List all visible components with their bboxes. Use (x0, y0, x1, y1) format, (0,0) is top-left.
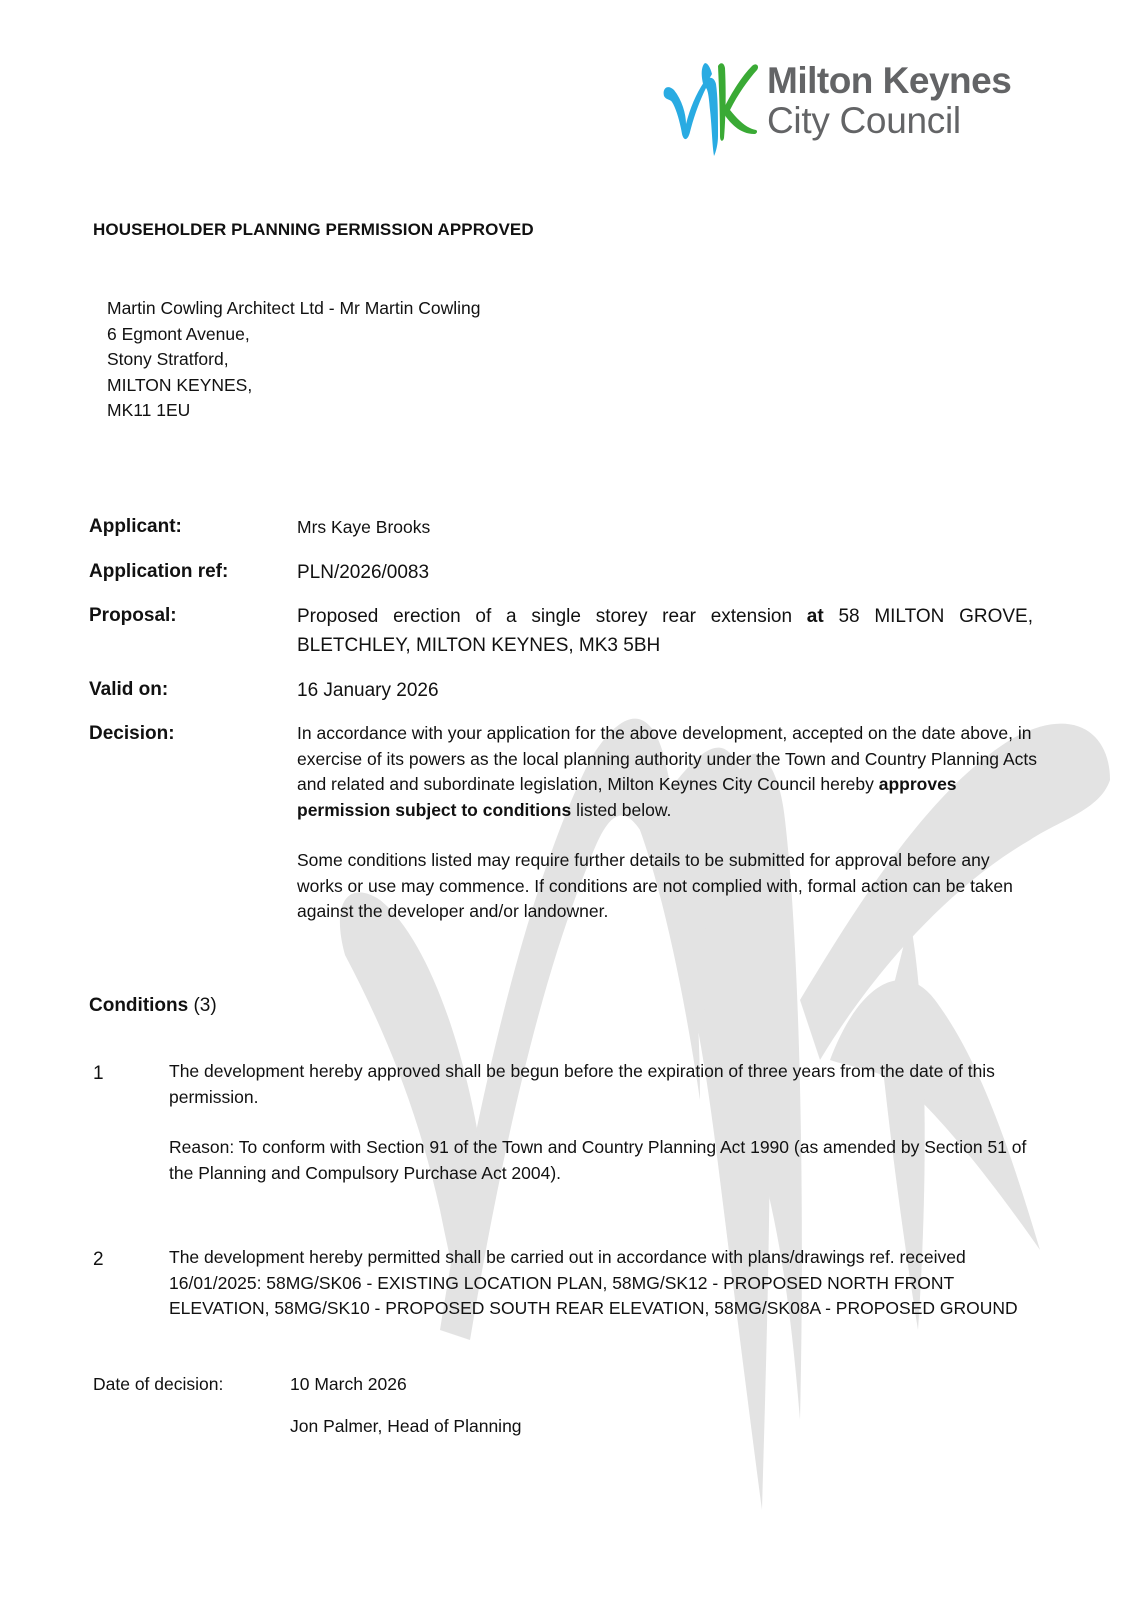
proposal-label: Proposal: (89, 605, 177, 627)
decision-paragraph: Some conditions listed may require furth… (297, 848, 1037, 925)
applicant-label: Applicant: (89, 516, 182, 538)
application-ref-label: Application ref: (89, 561, 228, 583)
decision-text: In accordance with your application for … (297, 721, 1037, 950)
proposal-text: Proposed erection of a single storey rea… (297, 606, 807, 627)
logo-line2: City Council (767, 102, 1011, 139)
conditions-heading-label: Conditions (89, 995, 188, 1016)
address-line: MK11 1EU (107, 398, 480, 424)
decision-date-label: Date of decision: (93, 1374, 223, 1395)
address-line: Stony Stratford, (107, 347, 480, 373)
conditions-count: (3) (193, 995, 216, 1016)
address-line: MILTON KEYNES, (107, 373, 480, 399)
applicant-value: Mrs Kaye Brooks (297, 513, 430, 542)
application-ref-value: PLN/2026/0083 (297, 558, 429, 587)
proposal-value: Proposed erection of a single storey rea… (297, 602, 1033, 660)
mk-logo-icon (660, 58, 760, 156)
condition-number: 2 (93, 1247, 104, 1273)
condition-body: The development hereby permitted shall b… (169, 1245, 1039, 1347)
address-line: Martin Cowling Architect Ltd - Mr Martin… (107, 296, 480, 322)
decision-label: Decision: (89, 723, 175, 745)
decision-date-value: 10 March 2026 (290, 1374, 407, 1395)
condition-body: The development hereby approved shall be… (169, 1059, 1039, 1211)
address-line: 6 Egmont Avenue, (107, 322, 480, 348)
recipient-address: Martin Cowling Architect Ltd - Mr Martin… (107, 296, 480, 424)
logo-line1: Milton Keynes (767, 62, 1011, 99)
valid-on-label: Valid on: (89, 679, 168, 701)
condition-reason: Reason: To conform with Section 91 of th… (169, 1135, 1039, 1186)
document-title: HOUSEHOLDER PLANNING PERMISSION APPROVED (93, 220, 534, 240)
decision-paragraph: In accordance with your application for … (297, 721, 1037, 823)
signatory: Jon Palmer, Head of Planning (290, 1416, 522, 1437)
proposal-text-bold: at (807, 606, 824, 627)
condition-number: 1 (93, 1061, 104, 1087)
valid-on-value: 16 January 2026 (297, 676, 439, 705)
decision-text-part: listed below. (571, 800, 671, 820)
condition-text: The development hereby approved shall be… (169, 1059, 1039, 1110)
logo-text: Milton Keynes City Council (767, 62, 1011, 139)
condition-text: The development hereby permitted shall b… (169, 1245, 1039, 1322)
document-page: Milton Keynes City Council HOUSEHOLDER P… (0, 0, 1132, 1600)
conditions-heading: Conditions (3) (89, 995, 217, 1017)
council-logo: Milton Keynes City Council (660, 58, 1060, 158)
